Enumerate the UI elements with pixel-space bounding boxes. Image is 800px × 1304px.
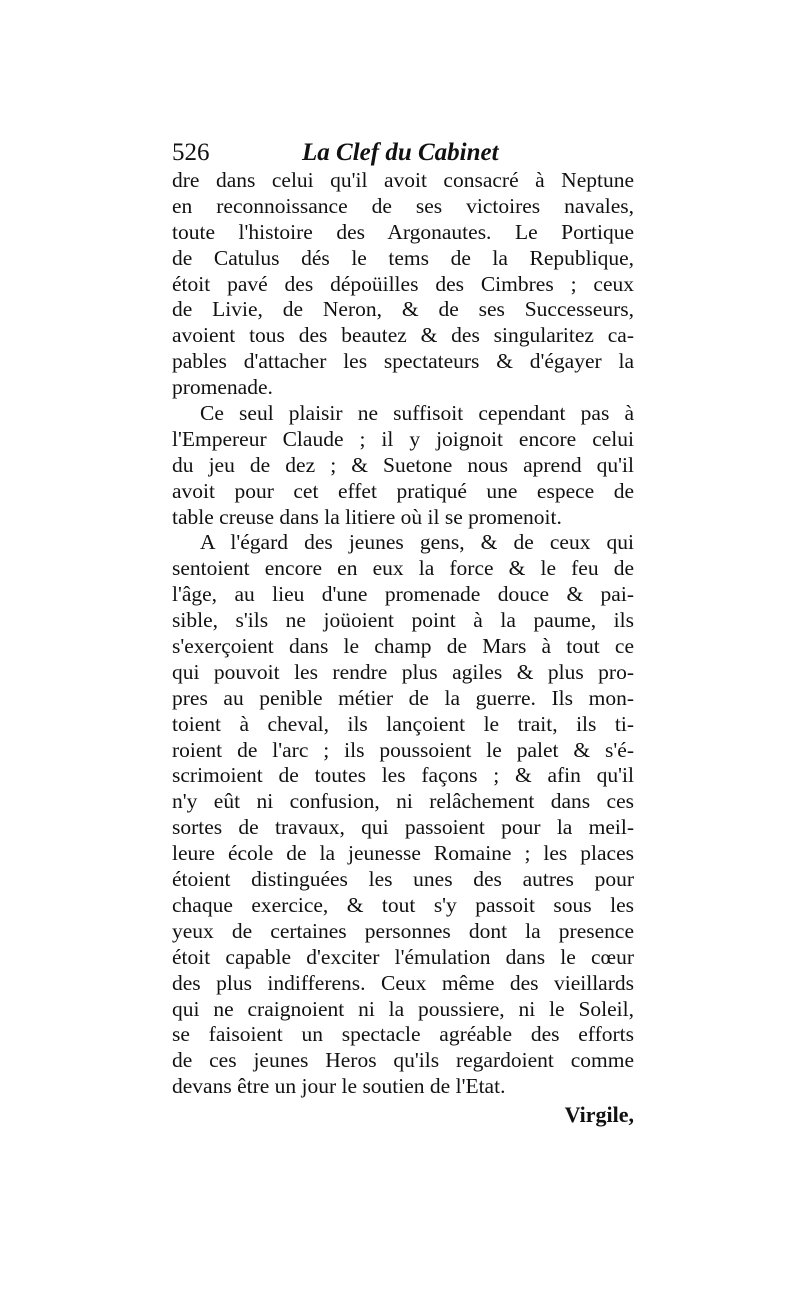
text-line: sible, s'ils ne joüoient point à la paum… [172,608,634,634]
text-line: yeux de certaines personnes dont la pres… [172,919,634,945]
text-line: A l'égard des jeunes gens, & de ceux qui [172,530,634,556]
text-line: de Livie, de Neron, & de ses Successeurs… [172,297,634,323]
text-line: l'âge, au lieu d'une promenade douce & p… [172,582,634,608]
text-line: de Catulus dés le tems de la Republique, [172,246,634,272]
text-line: Ce seul plaisir ne suffisoit cependant p… [172,401,634,427]
text-line: roient de l'arc ; ils poussoient le pale… [172,738,634,764]
text-line: toient à cheval, ils lançoient le trait,… [172,712,634,738]
text-line: avoient tous des beautez & des singulari… [172,323,634,349]
text-line: pables d'attacher les spectateurs & d'ég… [172,349,634,375]
body-text: dre dans celui qu'il avoit consacré à Ne… [172,168,634,1100]
text-line: l'Empereur Claude ; il y joignoit encore… [172,427,634,453]
text-line: étoient distinguées les unes des autres … [172,867,634,893]
catchword: Virgile, [172,1100,634,1130]
paragraph: dre dans celui qu'il avoit consacré à Ne… [172,168,634,401]
text-line: sortes de travaux, qui passoient pour la… [172,815,634,841]
text-line: leure école de la jeunesse Romaine ; les… [172,841,634,867]
text-line: du jeu de dez ; & Suetone nous aprend qu… [172,453,634,479]
text-line: des plus indifferens. Ceux même des viei… [172,971,634,997]
text-line: qui ne craignoient ni la poussiere, ni l… [172,997,634,1023]
text-line: toute l'histoire des Argonautes. Le Port… [172,220,634,246]
text-line: s'exerçoient dans le champ de Mars à tou… [172,634,634,660]
text-line: scrimoient de toutes les façons ; & afin… [172,763,634,789]
text-line: n'y eût ni confusion, ni relâchement dan… [172,789,634,815]
text-line: étoit capable d'exciter l'émulation dans… [172,945,634,971]
text-line: dre dans celui qu'il avoit consacré à Ne… [172,168,634,194]
page-number: 526 [172,138,210,168]
page-header: 526 La Clef du Cabinet [172,138,634,168]
text-line: chaque exercice, & tout s'y passoit sous… [172,893,634,919]
text-line: promenade. [172,375,634,401]
text-line: en reconnoissance de ses victoires naval… [172,194,634,220]
text-line: table creuse dans la litiere où il se pr… [172,505,634,531]
text-line: de ces jeunes Heros qu'ils regardoient c… [172,1048,634,1074]
paragraph: A l'égard des jeunes gens, & de ceux qui… [172,530,634,1100]
paragraph: Ce seul plaisir ne suffisoit cependant p… [172,401,634,530]
running-title: La Clef du Cabinet [302,138,499,168]
text-line: devans être un jour le soutien de l'Etat… [172,1074,634,1100]
text-line: étoit pavé des dépoüilles des Cimbres ; … [172,272,634,298]
text-line: avoit pour cet effet pratiqué une espece… [172,479,634,505]
text-line: se faisoient un spectacle agréable des e… [172,1022,634,1048]
book-page: 526 La Clef du Cabinet dre dans celui qu… [172,138,634,1130]
text-line: qui pouvoit les rendre plus agiles & plu… [172,660,634,686]
text-line: pres au penible métier de la guerre. Ils… [172,686,634,712]
text-line: sentoient encore en eux la force & le fe… [172,556,634,582]
